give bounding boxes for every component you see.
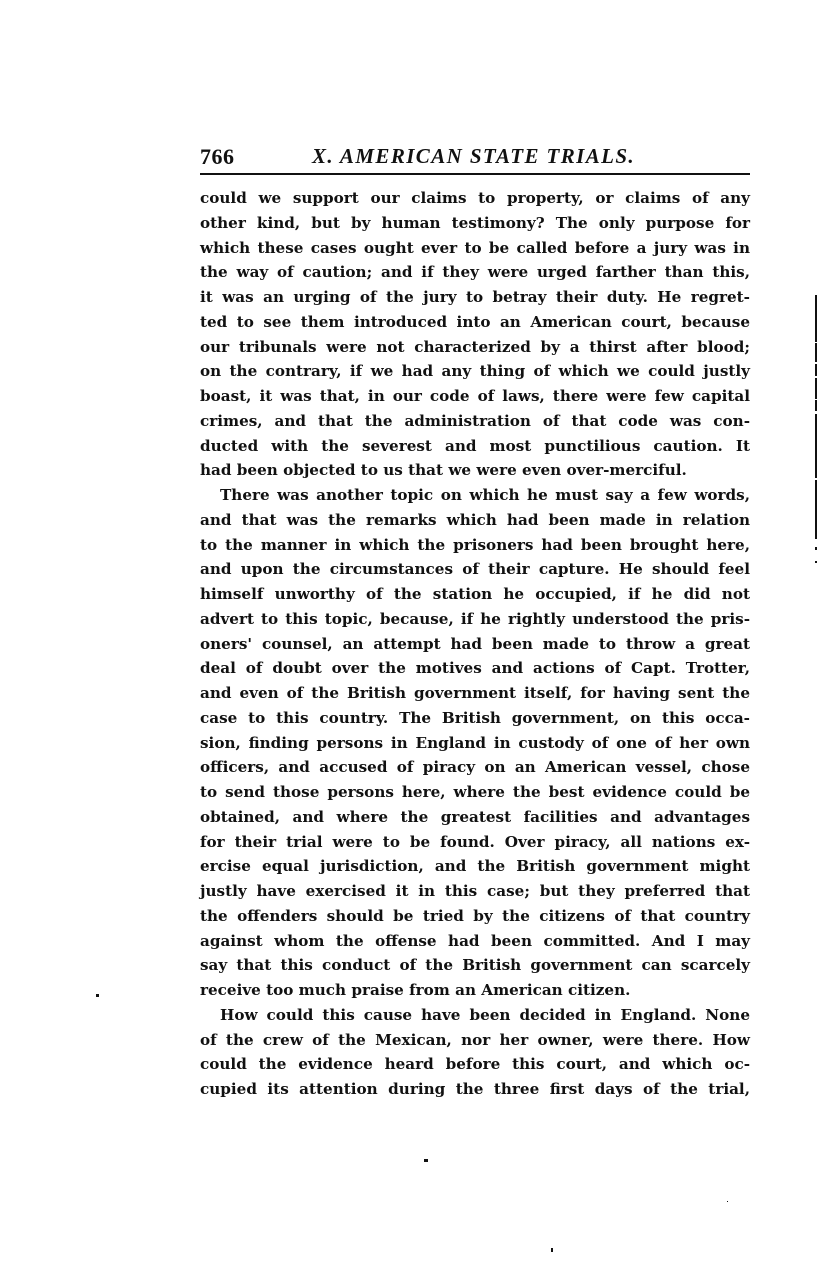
- text-line: on the contrary, if we had any thing of …: [200, 359, 750, 384]
- body-text: could we support our claims to property,…: [200, 186, 750, 1102]
- text-line: ducted with the severest and most puncti…: [200, 434, 750, 459]
- text-line: sion, finding persons in England in cust…: [200, 731, 750, 756]
- text-line: which these cases ought ever to be calle…: [200, 236, 750, 261]
- text-line: to the manner in which the prisoners had…: [200, 533, 750, 558]
- running-title: X. AMERICAN STATE TRIALS.: [312, 144, 635, 169]
- text-line: had been objected to us that we were eve…: [200, 458, 750, 483]
- text-line: against whom the offense had been commit…: [200, 929, 750, 954]
- text-line: could the evidence heard before this cou…: [200, 1052, 750, 1077]
- text-line: cupied its attention during the three fi…: [200, 1077, 750, 1102]
- text-line: and upon the circumstances of their capt…: [200, 557, 750, 582]
- text-line: of the crew of the Mexican, nor her owne…: [200, 1028, 750, 1053]
- header-rule: [200, 173, 750, 175]
- text-line: to send those persons here, where the be…: [200, 780, 750, 805]
- scan-margin-line: [815, 295, 817, 342]
- text-line: officers, and accused of piracy on an Am…: [200, 755, 750, 780]
- scan-margin-line: [815, 378, 817, 399]
- text-line: There was another topic on which he must…: [200, 483, 750, 508]
- text-line: oners' counsel, an attempt had been made…: [200, 632, 750, 657]
- text-line: and even of the British government itsel…: [200, 681, 750, 706]
- text-line: advert to this topic, because, if he rig…: [200, 607, 750, 632]
- text-line: How could this cause have been decided i…: [200, 1003, 750, 1028]
- text-line: crimes, and that the administration of t…: [200, 409, 750, 434]
- scan-speck: [96, 994, 99, 997]
- text-line: our tribunals were not characterized by …: [200, 335, 750, 360]
- scan-margin-line: [815, 547, 817, 550]
- text-line: ercise equal jurisdiction, and the Briti…: [200, 854, 750, 879]
- scan-margin-line: [815, 364, 817, 376]
- scan-margin-line: [815, 343, 817, 362]
- scan-speck: [727, 1201, 728, 1202]
- scan-margin-line: [815, 561, 817, 563]
- text-line: other kind, but by human testimony? The …: [200, 211, 750, 236]
- text-line: justly have exercised it in this case; b…: [200, 879, 750, 904]
- scan-margin-line: [815, 480, 817, 539]
- text-line: it was an urging of the jury to betray t…: [200, 285, 750, 310]
- text-line: could we support our claims to property,…: [200, 186, 750, 211]
- text-line: the offenders should be tried by the cit…: [200, 904, 750, 929]
- text-line: deal of doubt over the motives and actio…: [200, 656, 750, 681]
- text-line: obtained, and where the greatest facilit…: [200, 805, 750, 830]
- text-line: himself unworthy of the station he occup…: [200, 582, 750, 607]
- scan-margin-line: [815, 414, 817, 478]
- text-line: and that was the remarks which had been …: [200, 508, 750, 533]
- scan-speck: [551, 1248, 553, 1252]
- text-line: boast, it was that, in our code of laws,…: [200, 384, 750, 409]
- text-line: the way of caution; and if they were urg…: [200, 260, 750, 285]
- book-page: 766 X. AMERICAN STATE TRIALS. could we s…: [0, 0, 836, 1284]
- text-line: say that this conduct of the British gov…: [200, 953, 750, 978]
- scan-margin-line: [815, 400, 817, 411]
- text-line: ted to see them introduced into an Ameri…: [200, 310, 750, 335]
- text-line: receive too much praise from an American…: [200, 978, 750, 1003]
- text-line: for their trial were to be found. Over p…: [200, 830, 750, 855]
- page-header: 766 X. AMERICAN STATE TRIALS.: [200, 140, 750, 174]
- page-number: 766: [200, 144, 235, 170]
- scan-speck: [424, 1159, 428, 1162]
- text-line: case to this country. The British govern…: [200, 706, 750, 731]
